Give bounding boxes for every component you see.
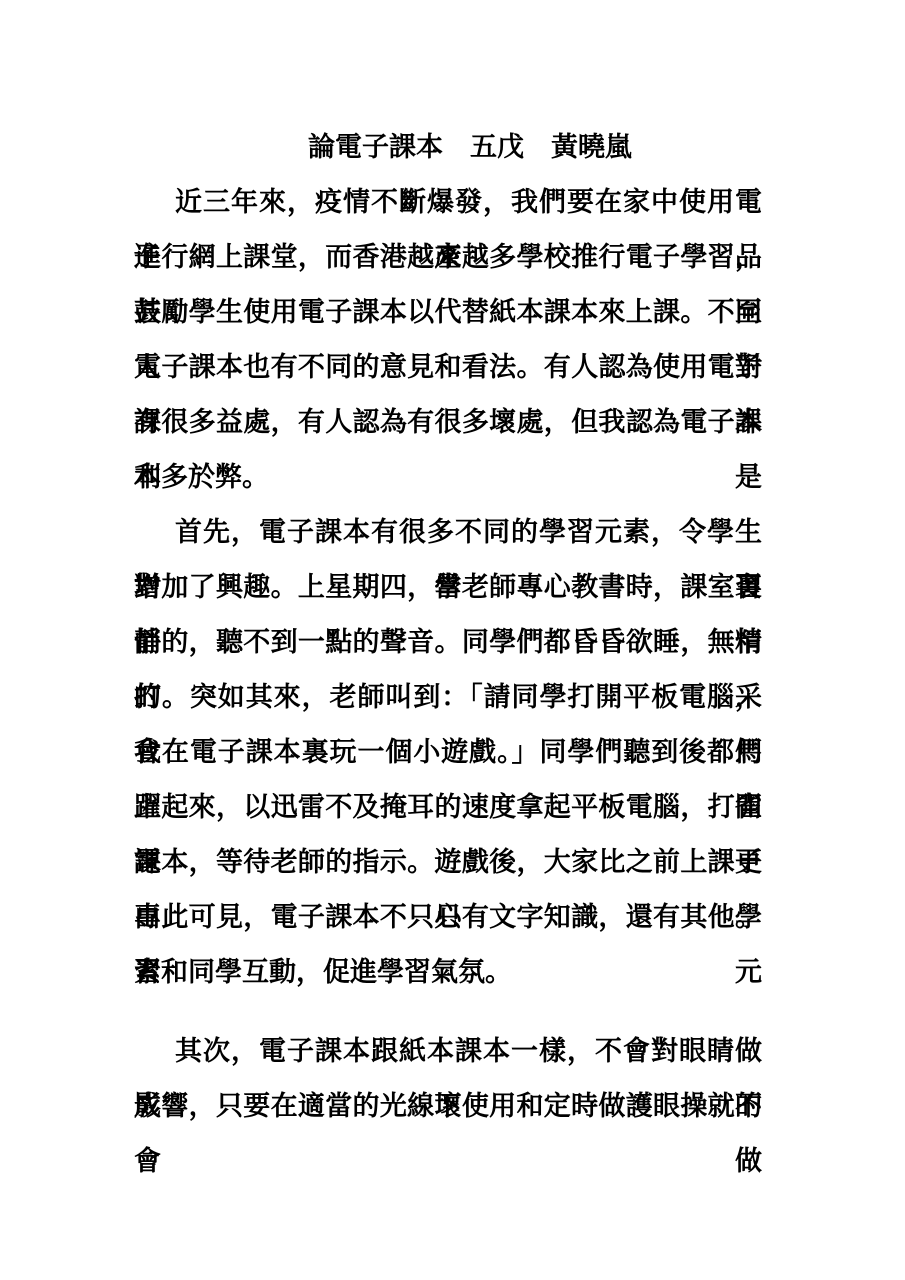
text-line: 近三年來，疫情不斷爆發，我們要在家中使用電子產品 xyxy=(134,175,762,230)
text-line: 會在電子課本裏玩一個小遊戲。」同學們聽到後都馬上雀 xyxy=(134,725,762,780)
paragraph: 首先，電子課本有很多不同的學習元素，令學生對學習增加了興趣。上星期四，當老師專心… xyxy=(134,505,762,1000)
text-line: 由此可見，電子課本不只只有文字知識，還有其他學習元 xyxy=(134,890,762,945)
document-body: 論電子課本 五戊 黃曉嵐 近三年來，疫情不斷爆發，我們要在家中使用電子產品進行網… xyxy=(134,120,762,1134)
text-line: 增加了興趣。上星期四，當老師專心教書時，課室裏靜悄 xyxy=(134,560,762,615)
text-line: 其次，電子課本跟紙本課本一樣，不會對眼睛做成壞的 xyxy=(134,1024,762,1079)
text-line: 進行網上課堂，而香港越來越多學校推行電子學習，甚至 xyxy=(134,230,762,285)
paragraph: 其次，電子課本跟紙本課本一樣，不會對眼睛做成壞的影響，只要在適當的光線下使用和定… xyxy=(134,1024,762,1134)
text-line: 課本，等待老師的指示。遊戲後，大家比之前上課更專心。 xyxy=(134,835,762,890)
text-line: 悄的，聽不到一點的聲音。同學們都昏昏欲睡，無精打采 xyxy=(134,615,762,670)
text-line: 有很多益處，有人認為有很多壞處，但我認為電子課本是 xyxy=(134,395,762,450)
text-line: 電子課本也有不同的意見和看法。有人認為使用電子課本 xyxy=(134,340,762,395)
document-page: 論電子課本 五戊 黃曉嵐 近三年來，疫情不斷爆發，我們要在家中使用電子產品進行網… xyxy=(0,0,905,1280)
text-line: 鼓勵學生使用電子課本以代替紙本課本來上課。不同人對 xyxy=(134,285,762,340)
text-line: 影響，只要在適當的光線下使用和定時做護眼操就不會做 xyxy=(134,1079,762,1134)
text-line: 的。突如其來，老師叫到：「請同學打開平板電腦，我們 xyxy=(134,670,762,725)
paragraph: 近三年來，疫情不斷爆發，我們要在家中使用電子產品進行網上課堂，而香港越來越多學校… xyxy=(134,175,762,505)
text-line: 躍起來，以迅雷不及掩耳的速度拿起平板電腦，打開電子 xyxy=(134,780,762,835)
text-line: 首先，電子課本有很多不同的學習元素，令學生對學習 xyxy=(134,505,762,560)
document-title: 論電子課本 五戊 黃曉嵐 xyxy=(134,120,762,175)
